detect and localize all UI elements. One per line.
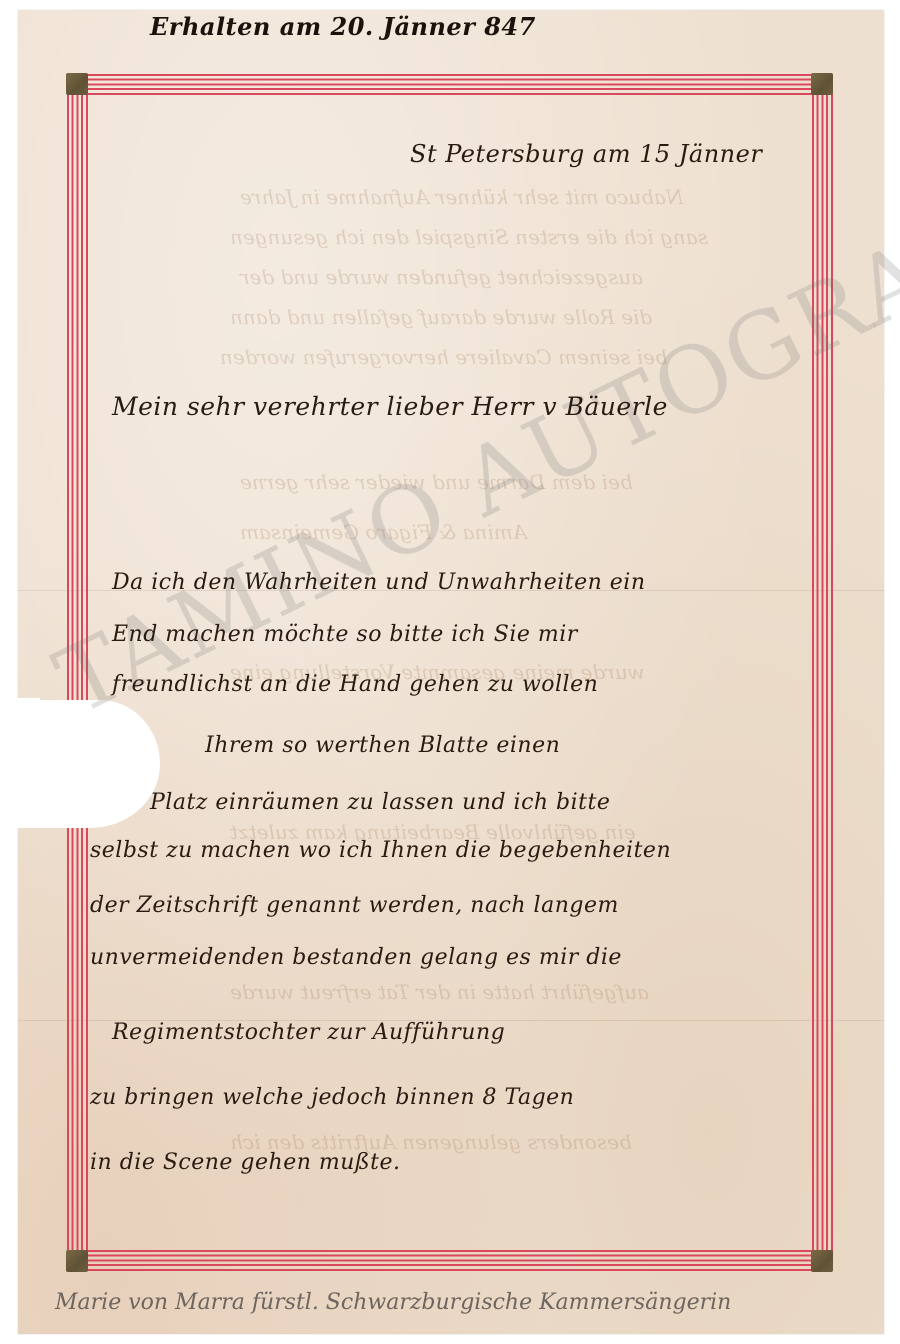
bleed-through-text: bei seinem Cavaliere hervorgerufen worde… — [220, 345, 668, 369]
body-line: Da ich den Wahrheiten und Unwahrheiten e… — [112, 570, 646, 595]
body-line: Regimentstochter zur Aufführung — [112, 1020, 505, 1045]
torn-notch — [0, 700, 160, 828]
body-line: Platz einräumen zu lassen und ich bitte — [150, 790, 610, 815]
bleed-through-text: sang ich die ersten Singspiel den ich ge… — [230, 225, 708, 249]
body-line: unvermeidenden bestanden gelang es mir d… — [90, 945, 622, 970]
corner-ornament-top-right — [811, 73, 833, 95]
salutation: Mein sehr verehrter lieber Herr v Bäuerl… — [112, 392, 668, 421]
pencil-annotation: Marie von Marra fürstl. Schwarzburgische… — [55, 1290, 731, 1315]
body-line: Ihrem so werthen Blatte einen — [205, 733, 560, 758]
bleed-through-text: Nabuco mit sehr kühner Aufnahme in Jahre — [240, 185, 683, 209]
corner-ornament-bottom-left — [66, 1250, 88, 1272]
border-top — [67, 74, 833, 95]
bleed-through-text: aufgeführt hatte in der Tat erfreut wurd… — [230, 980, 649, 1004]
border-right — [812, 74, 833, 1271]
body-line: End machen möchte so bitte ich Sie mir — [112, 622, 578, 647]
body-line: zu bringen welche jedoch binnen 8 Tagen — [90, 1085, 574, 1110]
corner-ornament-top-left — [66, 73, 88, 95]
bleed-through-text: ausgezeichnet gefunden wurde und der — [240, 265, 643, 289]
bleed-through-text: bei dem Darme und wieder sehr gerne — [240, 470, 633, 494]
body-line: in die Scene gehen mußte. — [90, 1150, 400, 1175]
corner-ornament-bottom-right — [811, 1250, 833, 1272]
body-line: freundlichst an die Hand gehen zu wollen — [112, 672, 598, 697]
body-line: selbst zu machen wo ich Ihnen die begebe… — [90, 838, 671, 863]
bleed-through-text: Amina & Figaro Gemeinsam — [240, 520, 527, 544]
place-date: St Petersburg am 15 Jänner — [410, 140, 762, 168]
border-left — [67, 74, 88, 1271]
bleed-through-text: die Rolle wurde darauf gefallen und dann — [230, 305, 652, 329]
body-line: der Zeitschrift genannt werden, nach lan… — [90, 893, 619, 918]
receipt-note: Erhalten am 20. Jänner 847 — [150, 12, 536, 41]
border-bottom — [67, 1250, 833, 1271]
